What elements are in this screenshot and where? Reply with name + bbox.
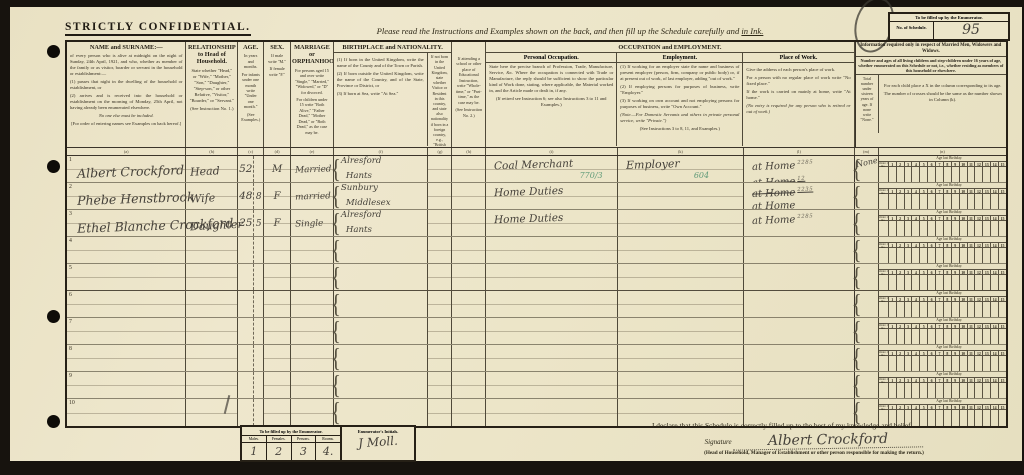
place-of-work-lines: at Home2285at Home12 [744,156,854,182]
age-column-number: 14 [991,270,999,274]
age-mark-cell [991,248,999,263]
under-one-month-label: Under 1 mo. [879,270,889,274]
occupation-cell [486,237,617,263]
age-column-number: 14 [991,243,999,247]
place-of-work-cell: at Home2285at Home12 [744,156,855,182]
table-row: 3 Ethel Blanche Crockford Daughter 25 5 … [67,210,1006,237]
age-mark-cell [983,167,991,182]
age-mark-cell [991,356,999,371]
age-column-number: 14 [991,351,999,355]
nationality-fineprint: If not born in the United Kingdom, state… [428,53,452,146]
punch-hole [47,310,60,323]
birthplace-cell [334,264,429,290]
age-column-number: 4 [912,378,920,382]
age-mark-cell [889,356,897,371]
marriage-cell [291,318,334,344]
age-mark-cell [991,383,999,398]
age-column-number: 15 [999,297,1006,301]
age-column-number: 15 [999,189,1006,193]
employment-p5: (See Instructions 3 to 8, 11, and Exampl… [620,126,739,132]
age-mark-cell [889,167,897,182]
age-column-number: 4 [912,270,920,274]
marriage-entry [291,344,333,354]
col-ref: (h) [452,148,486,155]
place-of-work-title: Place of Work. [743,53,853,63]
marriage-cell [291,372,334,398]
punch-hole [47,45,60,58]
col-ref: (c) [238,148,264,155]
marriage-cell [291,345,334,371]
age-months-entry [254,156,263,182]
name-col-p5: [For order of entering names see Example… [70,121,182,127]
age-column-number: 2 [897,351,905,355]
age-column-number: 6 [928,378,936,382]
sex-entry [264,399,290,407]
age-mark-cell [920,302,928,317]
age-column-number: 6 [928,216,936,220]
personal-occupation-title: Personal Occupation. [486,53,616,63]
age-cells [879,167,1006,182]
name-cell: 9 [67,372,186,398]
age-column-number: 7 [936,378,944,382]
age-mark-cell [983,356,991,371]
birthplace-cell [334,399,429,426]
age-mark-cell [936,221,944,236]
name-cell: 7 [67,318,186,344]
males-value: 1 [242,443,267,460]
age-column-number: 13 [983,324,991,328]
age-mark-cell [960,221,968,236]
age-column-number: 8 [944,243,952,247]
age-mark-cell [975,356,983,371]
age-mark-cell [960,275,968,290]
age-mark-cell [983,329,991,344]
age-mark-cell [944,329,952,344]
age-mark-cell [944,383,952,398]
females-header: Females. [267,436,292,443]
age-mark-cell [944,167,952,182]
age-column-number: 5 [920,351,928,355]
personal-occupation-fineprint: State here the precise branch of Profess… [486,63,616,111]
age-mark-cell [897,383,905,398]
table-row: 5 [67,264,1006,291]
nationality-cell [428,372,452,398]
row-number: 5 [69,265,72,271]
age-column-number: 1 [889,243,897,247]
declaration-block: I declare that this Schedule is correctl… [610,421,1018,456]
birthplace-line2: Middlesex [346,198,391,208]
age-column-number: 13 [983,297,991,301]
relationship-entry: Wife [190,191,216,205]
sex-cell: F [264,210,291,236]
name-cell: 1 Albert Crockford [67,156,186,182]
relationship-cell [186,237,238,263]
age-mark-cell [905,167,913,182]
age-column-number: 14 [991,216,999,220]
place-of-work-p4: (No entry is required for any person who… [746,103,850,115]
col-header-school: If attending a school or other place of … [452,42,486,147]
sex-entry [264,345,290,353]
table-row: 1 Albert Crockford Head 52 M Married Alr… [67,156,1006,183]
age-years-entry [238,345,254,371]
age-mark-cell [912,167,920,182]
age-col-p1: In years and months. [241,53,260,69]
age-months-entry [254,318,263,344]
age-mark-cell [999,356,1006,371]
age-mark-cell [952,329,960,344]
children-total-entry: None [855,156,878,169]
row-number: 7 [69,319,72,325]
sex-entry [264,318,290,326]
age-column-number: 5 [920,270,928,274]
employment-p2: (2) If employing persons for purposes of… [620,84,739,96]
age-mark-cell [968,356,976,371]
under-one-month-label: Under 1 mo. [879,216,889,220]
age-column-number: 13 [983,351,991,355]
age-column-number: 6 [928,243,936,247]
sex-entry: F [264,210,290,229]
sex-entry [264,264,290,272]
row-number: 3 [69,211,72,217]
age-column-number: 8 [944,270,952,274]
age-col-fineprint: In years and months. For infants under o… [238,52,263,125]
age-column-number: 5 [920,405,928,409]
relationship-cell [186,264,238,290]
occupation-cell [486,399,617,426]
table-row: 6 [67,291,1006,318]
enumerator-box-title: To be filled up by the Enumerator. [242,427,340,436]
age-cell: 25 5 [238,210,264,236]
age-col-p2: For infants under one month write "Under… [241,72,260,110]
sex-col-title: SEX. [264,42,290,52]
age-cells [879,383,1006,398]
birthplace-cell [334,318,429,344]
age-column-number: 5 [920,297,928,301]
relationship-col-p1: State whether "Head," or "Wife," "Mother… [189,68,234,104]
age-mark-cell [952,248,960,263]
relationship-entry: Daughter [190,218,243,234]
under-one-month-label: Under 1 mo. [879,324,889,328]
col-header-place-of-work: Place of Work. Give the address of each … [743,53,853,146]
age-mark-cell [952,302,960,317]
employment-cell [618,291,744,317]
marriage-entry: Single [291,209,333,229]
age-column-number: 13 [983,378,991,382]
age-column-number: 9 [952,297,960,301]
age-mark-cell [889,248,897,263]
place-of-work-lines [744,399,854,400]
row-number: 10 [69,400,75,406]
age-mark-cell [920,194,928,209]
age-column-number: 4 [912,189,920,193]
age-mark-cell [897,302,905,317]
persons-value: 3 [292,443,317,460]
age-months-entry [254,237,263,263]
children-total-cell [855,210,879,236]
relationship-cell [186,318,238,344]
age-cell [238,372,264,398]
age-column-number: 4 [912,405,920,409]
age-cell [238,291,264,317]
age-column-number: 1 [889,351,897,355]
age-column-number: 14 [991,162,999,166]
age-mark-cell [879,248,889,263]
age-mark-cell [960,383,968,398]
marriage-entry [291,398,333,408]
age-mark-cell [991,194,999,209]
age-mark-cell [905,329,913,344]
school-cell [452,291,486,317]
row-number: 9 [69,373,72,379]
employment-cell: Employer 604 [618,156,744,182]
col-header-age: AGE. In years and months. For infants un… [238,42,264,147]
age-mark-cell [889,221,897,236]
age-column-number: 5 [920,162,928,166]
age-column-number: 9 [952,243,960,247]
column-reference-strip: (a) (b) (c) (d) (e) (f) (g) (h) (i) (k) … [67,148,1006,156]
age-mark-cell [879,329,889,344]
employment-code-mark: 604 [694,171,709,180]
birthplace-cell [334,291,429,317]
age-mark-cell [944,302,952,317]
col-ref: (g) [428,148,452,155]
signature-row: Signature Albert Crockford [610,432,1018,449]
age-years-entry: 25 [238,210,254,236]
age-column-number: 15 [999,324,1006,328]
children-total-cell [855,372,879,398]
age-mark-cell [905,194,913,209]
age-years-entry [238,372,254,398]
age-years-entry [238,318,254,344]
age-column-number: 6 [928,324,936,328]
age-column-number: 6 [928,270,936,274]
age-mark-cell [920,329,928,344]
school-cell [452,183,486,209]
relationship-col-fineprint: State whether "Head," or "Wife," "Mother… [186,67,237,115]
age-mark-cell [912,329,920,344]
age-column-number: 4 [912,216,920,220]
age-mark-cell [920,248,928,263]
place-of-work-cell [744,264,855,290]
relationship-entry: Head [190,164,220,179]
nationality-cell [428,210,452,236]
pencil-code-note: 2235 [797,186,813,193]
age-mark-cell [897,275,905,290]
enumerator-count-values: 1 2 3 4. [242,443,340,460]
age-cell: 48 8 [238,183,264,209]
age-mark-cell [936,356,944,371]
name-col-p3: (2) arrives and is received into the hou… [70,93,182,111]
age-cells [879,194,1006,209]
birthplace-line1: Alresford [341,210,382,220]
age-column-number: 13 [983,189,991,193]
school-cell [452,318,486,344]
age-mark-cell [975,248,983,263]
birthplace-fineprint: (1) If born in the United Kingdom, write… [334,53,427,100]
age-mark-cell [952,194,960,209]
age-column-number: 3 [905,270,913,274]
age-mark-cell [928,248,936,263]
place-of-work-lines: at Home2285 [744,210,854,227]
age-column-number: 6 [928,297,936,301]
fill-instruction: Please read the Instructions and Example… [305,26,835,36]
age-column-number: 15 [999,243,1006,247]
age-column-number: 2 [897,270,905,274]
age-mark-cell [920,167,928,182]
col-ref: (d) [264,148,291,155]
row-number: 1 [69,157,72,163]
sex-cell [264,345,291,371]
children-ages-grid: Age last Birthday. Under 1 mo.1234567891… [879,183,1006,209]
marriage-col-p1: For persons aged 15 and over write "Sing… [294,68,330,95]
age-mark-cell [968,329,976,344]
children-ages-grid: Age last Birthday. Under 1 mo.1234567891… [879,156,1006,182]
occupation-entry: Home Duties [494,212,564,226]
col-header-marriage: MARRIAGE or ORPHANHOOD. For persons aged… [291,42,334,147]
schedule-no-label: No. of Schedule. [890,22,934,39]
age-mark-cell [889,383,897,398]
age-mark-cell [983,194,991,209]
age-mark-cell [991,302,999,317]
row-number: 2 [69,184,72,190]
children-total-label: Total number under sixteen years of age.… [856,75,879,124]
school-fineprint: If attending a school or other place of … [452,42,485,121]
confidential-heading: STRICTLY CONFIDENTIAL. [65,21,251,36]
place-of-work-lines [744,291,854,292]
age-mark-cell [928,221,936,236]
place-of-work-cell: at Home2285 [744,210,855,236]
marriage-cell: married [291,183,334,209]
children-ages-p1: For each child place a X in the column c… [882,83,1003,89]
occupation-cell [486,291,617,317]
age-mark-cell [879,356,889,371]
age-mark-cell [999,194,1006,209]
age-mark-cell [991,329,999,344]
birthplace-p1: (1) If born in the United Kingdom, write… [337,57,424,69]
school-p1: If attending a school or other place of … [455,56,482,105]
age-months-entry: 5 [254,210,263,236]
age-mark-cell [991,275,999,290]
sex-entry [264,372,290,380]
age-column-number: 15 [999,162,1006,166]
age-mark-cell [975,167,983,182]
age-column-number: 14 [991,378,999,382]
employment-cell [618,372,744,398]
birthplace-line2: Hants [346,225,372,235]
age-mark-cell [928,194,936,209]
age-mark-cell [975,329,983,344]
employment-fineprint: (1) If working for an employer state the… [617,63,742,135]
place-of-work-entry: at Home2285 [744,210,854,229]
age-cell [238,318,264,344]
age-column-number: 10 [960,189,968,193]
age-column-number: 13 [983,270,991,274]
occupation-cell: Coal Merchant 770/3 [486,156,617,182]
relationship-cell [186,372,238,398]
place-of-work-p2: For a person with no regular place of wo… [746,75,850,87]
age-mark-cell [983,221,991,236]
age-col-title: AGE. [238,42,263,52]
children-band1: Information required only in respect of … [856,42,1006,57]
age-column-number: 2 [897,405,905,409]
age-column-number: 7 [936,243,944,247]
age-column-number: 11 [968,216,976,220]
age-column-number: 12 [975,324,983,328]
col-header-children-total: Total number under sixteen years of age.… [856,75,880,133]
age-column-number: 9 [952,378,960,382]
age-column-number: 7 [936,270,944,274]
age-column-number: 7 [936,189,944,193]
age-mark-cell [983,383,991,398]
nationality-cell [428,291,452,317]
name-col-p1: of every person who is alive at midnight… [70,53,182,77]
occupation-cell [486,318,617,344]
age-mark-cell [968,248,976,263]
name-cell: 2 Phebe Henstbrook [67,183,186,209]
col-ref: (f) [334,148,429,155]
nationality-cell [428,399,452,426]
age-cells [879,356,1006,371]
age-column-number: 1 [889,216,897,220]
age-column-number: 3 [905,297,913,301]
age-column-number: 11 [968,351,976,355]
place-of-work-p3: If the work is carried on mainly at home… [746,89,850,101]
age-cells [879,329,1006,344]
females-value: 2 [267,443,292,460]
age-mark-cell [968,302,976,317]
nationality-cell [428,237,452,263]
birthplace-cell [334,372,429,398]
table-row: 9 [67,372,1006,399]
age-mark-cell [944,248,952,263]
age-column-number: 11 [968,297,976,301]
nationality-cell [428,264,452,290]
sex-entry [264,291,290,299]
age-mark-cell [928,383,936,398]
age-column-number: 10 [960,324,968,328]
place-of-work-fineprint: Give the address of each person's place … [743,63,853,118]
age-mark-cell [968,221,976,236]
age-column-number: 7 [936,405,944,409]
relationship-cell: Head [186,156,238,182]
age-mark-cell [968,275,976,290]
school-cell [452,237,486,263]
name-cell: 4 [67,237,186,263]
schedule-box-title: To be filled up by the Enumerator. [890,14,1008,22]
age-mark-cell [991,167,999,182]
age-column-number: 3 [905,189,913,193]
age-mark-cell [975,194,983,209]
occupation-cell [486,264,617,290]
age-mark-cell [936,329,944,344]
age-column-number: 5 [920,243,928,247]
relationship-cell [186,345,238,371]
signature-note: (Head of Household, Manager of Establish… [610,450,1018,456]
table-row: 4 [67,237,1006,264]
table-row: 2 Phebe Henstbrook Wife 48 8 F married S… [67,183,1006,210]
age-column-number: 10 [960,162,968,166]
age-cells [879,302,1006,317]
children-total-cell: None [855,156,879,182]
occupation-entry: Home Duties [494,185,564,199]
sex-col-fineprint: If male write "M." If female write "F." [264,52,290,80]
table-row: 8 [67,345,1006,372]
sex-entry: F [264,183,290,202]
nationality-cell [428,345,452,371]
birthplace-p2: (2) If born outside the United Kingdom, … [337,71,424,89]
age-column-number: 9 [952,351,960,355]
children-ages-grid: Age last Birthday. Under 1 mo.1234567891… [879,372,1006,398]
